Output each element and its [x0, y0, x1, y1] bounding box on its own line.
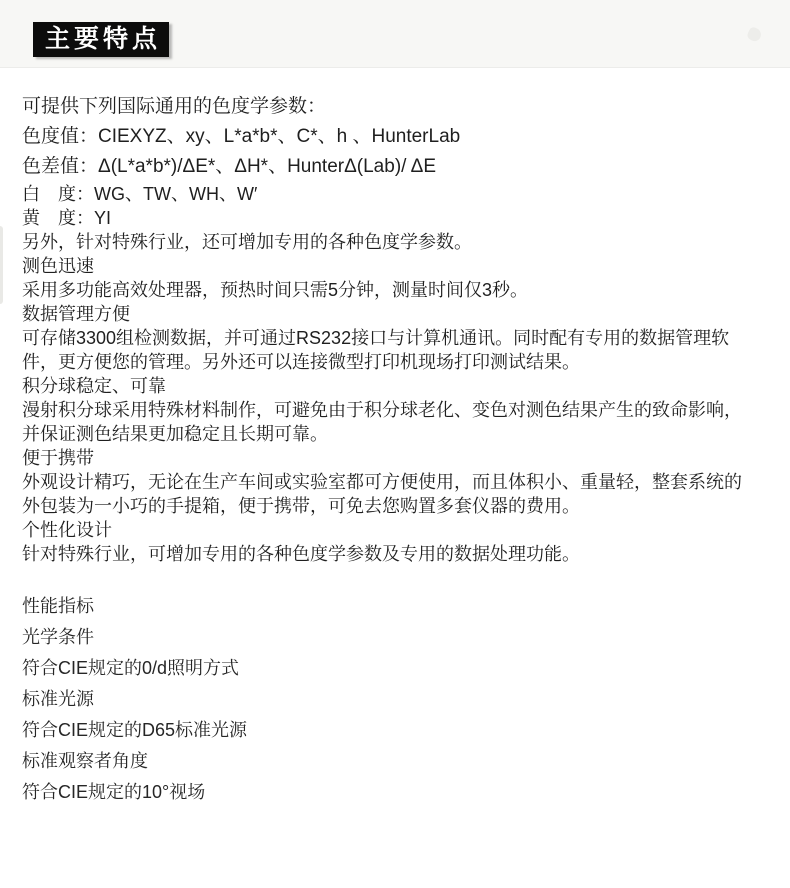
colorimetric-parameter-lines: 可提供下列国际通用的色度学参数：色度值：CIEXYZ、xy、L*a*b*、C*、…: [22, 92, 790, 182]
feature-intro-line: 可提供下列国际通用的色度学参数：: [22, 92, 790, 122]
feature-body-line: 件，更方便您的管理。另外还可以连接微型打印机现场打印测试结果。: [22, 350, 790, 374]
feature-body-line: 便于携带: [22, 446, 790, 470]
spec-line: 符合CIE规定的D65标准光源: [22, 715, 790, 746]
feature-body-line: 针对特殊行业，可增加专用的各种色度学参数及专用的数据处理功能。: [22, 542, 790, 566]
spec-line: 符合CIE规定的10°视场: [22, 777, 790, 808]
feature-body-line: 外观设计精巧，无论在生产车间或实验室都可方便使用，而且体积小、重量轻，整套系统的: [22, 470, 790, 494]
performance-spec-lines: 性能指标光学条件符合CIE规定的0/d照明方式标准光源符合CIE规定的D65标准…: [22, 591, 790, 808]
spec-line: 标准光源: [22, 684, 790, 715]
product-spec-page: 主要特点 可提供下列国际通用的色度学参数：色度值：CIEXYZ、xy、L*a*b…: [0, 0, 790, 888]
feature-intro-line: 色差值：Δ(L*a*b*)/ΔE*、ΔH*、HunterΔ(Lab)/ ΔE: [22, 152, 790, 182]
feature-body-line: 数据管理方便: [22, 302, 790, 326]
feature-body-line: 外包装为一小巧的手提箱，便于携带，可免去您购置多套仪器的费用。: [22, 494, 790, 518]
scan-edge-artifact: [0, 226, 3, 304]
spec-line: 标准观察者角度: [22, 746, 790, 777]
main-features-badge: 主要特点: [33, 22, 169, 57]
feature-body-line: 并保证测色结果更加稳定且长期可靠。: [22, 422, 790, 446]
feature-intro-line: 色度值：CIEXYZ、xy、L*a*b*、C*、h 、HunterLab: [22, 122, 790, 152]
feature-body-line: 测色迅速: [22, 254, 790, 278]
content-area: 可提供下列国际通用的色度学参数：色度值：CIEXYZ、xy、L*a*b*、C*、…: [0, 68, 790, 808]
main-features-badge-label: 主要特点: [45, 25, 161, 53]
feature-description-lines: 白 度：WG、TW、WH、W′黄 度：YI另外，针对特殊行业，还可增加专用的各种…: [22, 182, 790, 566]
feature-body-line: 可存储3300组检测数据，并可通过RS232接口与计算机通讯。同时配有专用的数据…: [22, 326, 790, 350]
feature-body-line: 黄 度：YI: [22, 206, 790, 230]
header-strip: 主要特点: [0, 0, 790, 68]
feature-body-line: 个性化设计: [22, 518, 790, 542]
spec-line: 光学条件: [22, 622, 790, 653]
feature-body-line: 另外，针对特殊行业，还可增加专用的各种色度学参数。: [22, 230, 790, 254]
feature-body-line: 积分球稳定、可靠: [22, 374, 790, 398]
feature-body-line: 采用多功能高效处理器，预热时间只需5分钟，测量时间仅3秒。: [22, 278, 790, 302]
feature-body-line: 漫射积分球采用特殊材料制作，可避免由于积分球老化、变色对测色结果产生的致命影响，: [22, 398, 790, 422]
spec-line: 符合CIE规定的0/d照明方式: [22, 653, 790, 684]
feature-body-line: 白 度：WG、TW、WH、W′: [22, 182, 790, 206]
spec-line: 性能指标: [22, 591, 790, 622]
